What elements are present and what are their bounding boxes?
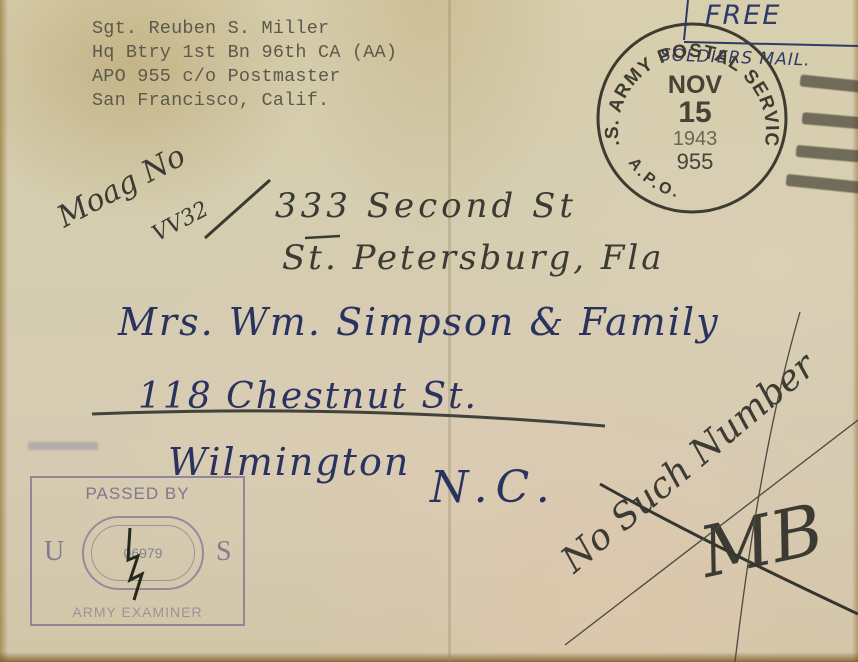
- handwriting-strokes-icon: [0, 0, 858, 662]
- envelope: Sgt. Reuben S. Miller Hq Btry 1st Bn 96t…: [0, 0, 858, 662]
